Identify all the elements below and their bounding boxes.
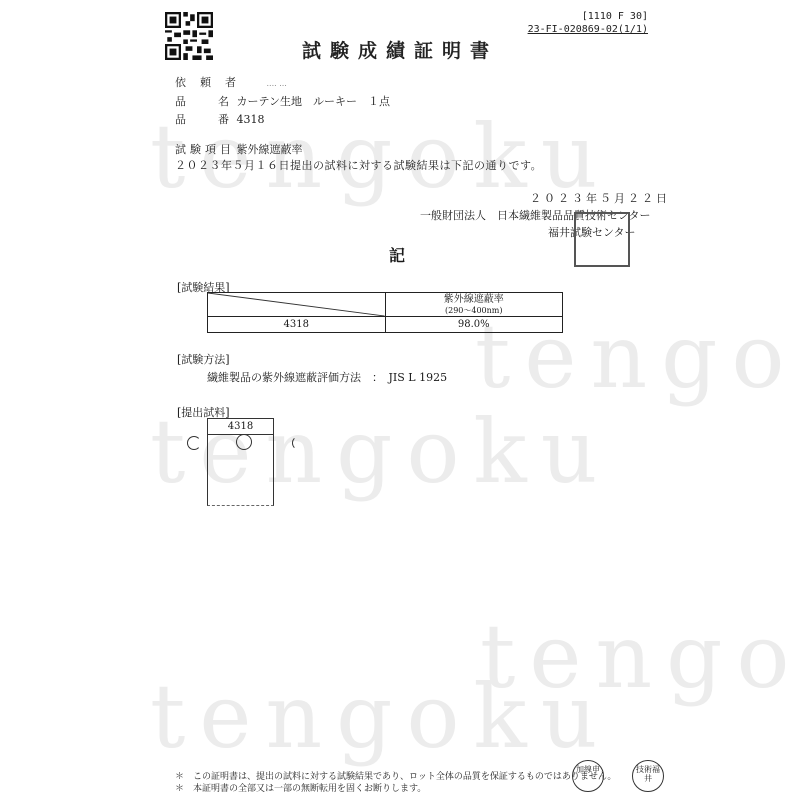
product-name-label: 品名 xyxy=(175,93,233,109)
product-name-value: カーテン生地 ルーキー １点 xyxy=(237,95,390,108)
document-title: 試験成績証明書 xyxy=(0,36,800,63)
column-subheader: (290〜400nm) xyxy=(386,305,563,316)
ref-code: [1110 F 30] xyxy=(528,10,648,23)
value-cell: 98.0% xyxy=(385,317,563,333)
sample-swatch-box: 4318 xyxy=(207,418,274,506)
stamp-mark-icon xyxy=(292,436,306,450)
uv-shielding-header: 紫外線遮蔽率 (290〜400nm) xyxy=(385,293,563,317)
product-number-value: 4318 xyxy=(237,113,265,126)
method-section-label: [試験方法] xyxy=(177,351,230,367)
client-label: 依頼者 xyxy=(175,74,233,90)
issue-date: ２０２３年５月２２日 xyxy=(530,190,670,206)
method-text: 繊維製品の紫外線遮蔽評価方法 ： JIS L 1925 xyxy=(207,369,447,385)
ki-heading: 記 xyxy=(389,243,405,266)
stamp-mark-icon xyxy=(236,434,252,450)
product-name-row: 品名 カーテン生地 ルーキー １点 xyxy=(175,93,390,109)
certificate-page: [1110 F 30] 23-FI-020869-02(1/1) 試験成績証明書… xyxy=(0,0,800,800)
test-item-label: 試験項目 xyxy=(175,141,233,157)
statement: ２０２３年５月１６日提出の試料に対する試験結果は下記の通りです。 xyxy=(175,157,542,173)
seal-stamp-icon: 技術福井 xyxy=(632,760,664,792)
table-row: 4318 98.0% xyxy=(208,317,563,333)
diagonal-header-cell xyxy=(208,293,386,317)
product-number-row: 品番 4318 xyxy=(175,111,265,127)
note-line-2: ＊ 本証明書の全部又は一部の無断転用を固くお断りします。 xyxy=(175,781,426,794)
sample-id: 4318 xyxy=(208,419,273,435)
seal-stamp-icon: 加線申 xyxy=(572,760,604,792)
client-row: 依頼者 .... ... xyxy=(175,74,287,90)
test-item-value: 紫外線遮蔽率 xyxy=(237,143,303,156)
certificate-number: 23-FI-020869-02(1/1) xyxy=(528,23,648,36)
column-header: 紫外線遮蔽率 xyxy=(386,294,563,305)
test-item-row: 試験項目 紫外線遮蔽率 xyxy=(175,141,303,157)
reference-block: [1110 F 30] 23-FI-020869-02(1/1) xyxy=(528,10,648,36)
stamp-mark-icon xyxy=(187,436,201,450)
official-seal-stamp xyxy=(574,212,630,267)
product-number-label: 品番 xyxy=(175,111,233,127)
results-table: 紫外線遮蔽率 (290〜400nm) 4318 98.0% xyxy=(207,292,563,333)
sample-cell: 4318 xyxy=(208,317,386,333)
client-value: .... ... xyxy=(267,79,287,88)
